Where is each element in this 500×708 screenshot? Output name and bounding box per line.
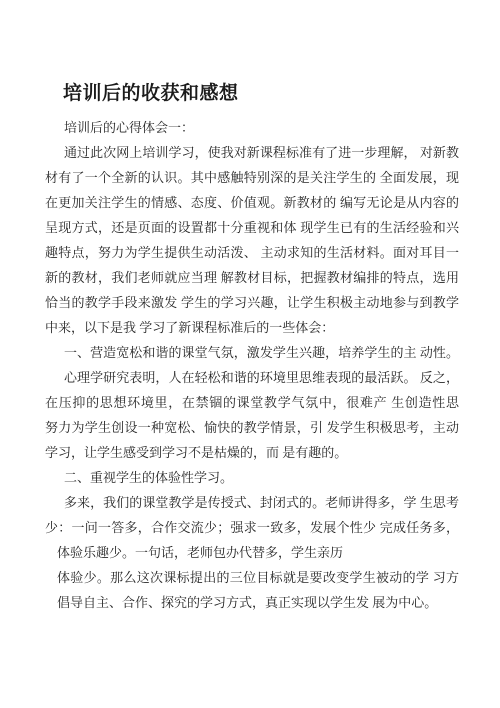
text-line: 心理学研究表明，人在轻松和谐的环境里思维表现的最活跃。 反之， xyxy=(45,365,459,390)
text-line: 努力为学生创设一种宽松、愉快的教学情景，引 发学生积极思考，主动 xyxy=(45,415,459,440)
text-line: 倡导自主、合作、探究的学习方式，真正实现以学生发 展为中心。 xyxy=(45,590,459,615)
text-line: 恰当的教学手段来激发 学生的学习兴趣，让学生积极主动地参与到教学 xyxy=(45,290,459,315)
text-line: 中来，以下是我 学习了新课程标准后的一些体会： xyxy=(45,315,459,340)
page-title: 培训后的收获和感想 xyxy=(63,78,239,105)
text-line: 多来，我们的课堂教学是传授式、封闭式的。老师讲得多，学 生思考 xyxy=(45,490,459,515)
text-line: 学习，让学生感受到学习不是枯燥的，而 是有趣的。 xyxy=(45,440,459,465)
document-body: 培训后的心得体会一： 通过此次网上培训学习，使我对新课程标准有了进一步理解， 对… xyxy=(45,115,459,615)
text-line: 趣特点，努力为学生提供生动活泼、 主动求知的生活材料。面对耳目一 xyxy=(45,240,459,265)
text-line: 体验少。那么这次课标提出的三位目标就是要改变学生被动的学 习方式， xyxy=(45,565,459,590)
text-line: 在压抑的思想环境里，在禁锢的课堂教学气氛中，很难产 生创造性思维。 xyxy=(45,390,459,415)
text-line: 通过此次网上培训学习，使我对新课程标准有了进一步理解， 对新教 xyxy=(45,140,459,165)
text-line: 二、重视学生的体验性学习。 xyxy=(45,465,459,490)
text-line: 在更加关注学生的情感、态度、价值观。新教材的 编写无论是从内容的 xyxy=(45,190,459,215)
text-line: 体验乐趣少。一句话，老师包办代替多，学生亲历 xyxy=(45,540,459,565)
text-line: 培训后的心得体会一： xyxy=(45,115,459,140)
text-line: 呈现方式，还是页面的设置都十分重视和体 现学生已有的生活经验和兴 xyxy=(45,215,459,240)
text-line: 材有了一个全新的认识。其中感触特别深的是关注学生的 全面发展，现 xyxy=(45,165,459,190)
text-line: 少：一问一答多，合作交流少；强求一致多，发展个性少 完成任务多， xyxy=(45,515,459,540)
document-page: 培训后的收获和感想 培训后的心得体会一： 通过此次网上培训学习，使我对新课程标准… xyxy=(0,0,500,708)
text-line: 新的教材，我们老师就应当理 解教材目标，把握教材编排的特点，选用 xyxy=(45,265,459,290)
text-line: 一、营造宽松和谐的课堂气氛，激发学生兴趣，培养学生的主 动性。 xyxy=(45,340,459,365)
